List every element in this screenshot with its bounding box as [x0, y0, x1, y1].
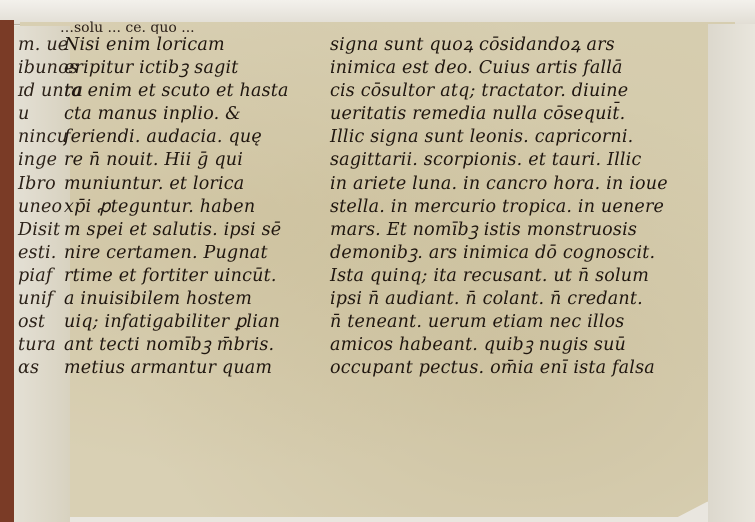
manuscript-line: esti.nire certamen. Pugnat: [18, 242, 289, 265]
manuscript-line: turaant tecti nomībꝫ m̄bris.: [18, 334, 289, 357]
binding-cover-edge: [0, 20, 14, 522]
line-text: re n̄ nouit. Hii ḡ qui: [64, 150, 243, 170]
line-fragment: inge: [18, 149, 64, 172]
manuscript-line: ibunoseripitur ictibꝫ sagit: [18, 57, 289, 80]
line-text: m spei et salutis. ipsi sē: [64, 220, 281, 240]
right-text-column: signa sunt quoꝝ cōsidandoꝝ ars inimica e…: [330, 34, 668, 380]
manuscript-line: cis cōsultor atq; tractator. diuine: [330, 80, 668, 103]
manuscript-line: Ibromuniuntur. et lorica: [18, 173, 289, 196]
manuscript-line: nincuferiendi. audacia. quę: [18, 126, 289, 149]
manuscript-line: ostuiq; infatigabiliter ꝑlian: [18, 311, 289, 334]
manuscript-line: Ista quinq; ita recusant. ut n̄ solum: [330, 265, 668, 288]
manuscript-line: m. ueNisi enim loricam: [18, 34, 289, 57]
line-fragment: Ibro: [18, 173, 64, 196]
line-text: feriendi. audacia. quę: [64, 127, 262, 147]
line-fragment: ibunos: [18, 57, 64, 80]
manuscript-line: ɑsmetius armantur quam: [18, 357, 289, 380]
manuscript-line: amicos habeant. quibꝫ nugis suū: [330, 334, 668, 357]
manuscript-line: in ariete luna. in cancro hora. in ioue: [330, 173, 668, 196]
line-text: uiq; infatigabiliter ꝑlian: [64, 312, 280, 332]
manuscript-line: Illic signa sunt leonis. capricorni.: [330, 126, 668, 149]
manuscript-line: ɪd unrata enim et scuto et hasta: [18, 80, 289, 103]
line-text: a inuisibilem hostem: [64, 289, 252, 309]
line-text: muniuntur. et lorica: [64, 174, 244, 194]
manuscript-line: uneoxp̄i ꝓteguntur. haben: [18, 196, 289, 219]
manuscript-line: signa sunt quoꝝ cōsidandoꝝ ars: [330, 34, 668, 57]
manuscript-line: mars. Et nomībꝫ istis monstruosis: [330, 219, 668, 242]
line-text: rtime et fortiter uincūt.: [64, 266, 277, 286]
line-fragment: esti.: [18, 242, 64, 265]
manuscript-line: demonibꝫ. ars inimica dō cognoscit.: [330, 242, 668, 265]
line-fragment: uneo: [18, 196, 64, 219]
line-text: cta manus inplio. &: [64, 104, 241, 124]
line-fragment: tura: [18, 334, 64, 357]
left-text-column: m. ueNisi enim loricam ibunoseripitur ic…: [18, 34, 289, 380]
manuscript-line: ipsi n̄ audiant. n̄ colant. n̄ credant.: [330, 288, 668, 311]
line-fragment: m. ue: [18, 34, 64, 57]
manuscript-line: piafrtime et fortiter uincūt.: [18, 265, 289, 288]
paper-flap-right: [708, 24, 755, 522]
line-fragment: Disit: [18, 219, 64, 242]
manuscript-line: ucta manus inplio. &: [18, 103, 289, 126]
line-text: xp̄i ꝓteguntur. haben: [64, 197, 255, 217]
manuscript-line: ingere n̄ nouit. Hii ḡ qui: [18, 149, 289, 172]
manuscript-line: inimica est deo. Cuius artis fallā: [330, 57, 668, 80]
manuscript-line: ueritatis remedia nulla cōsequit̄.: [330, 103, 668, 126]
line-fragment: ost: [18, 311, 64, 334]
line-fragment: nincu: [18, 126, 64, 149]
trimmed-top-line: …solu ... ce. quo ...: [60, 20, 250, 34]
line-text: nire certamen. Pugnat: [64, 243, 268, 263]
manuscript-line: unifa inuisibilem hostem: [18, 288, 289, 311]
line-text: metius armantur quam: [64, 358, 272, 378]
line-text: ta enim et scuto et hasta: [64, 81, 289, 101]
line-fragment: piaf: [18, 265, 64, 288]
manuscript-line: sagittarii. scorpionis. et tauri. Illic: [330, 149, 668, 172]
line-fragment: ɑs: [18, 357, 64, 380]
line-text: Nisi enim loricam: [64, 35, 225, 55]
line-fragment: unif: [18, 288, 64, 311]
manuscript-line: n̄ teneant. uerum etiam nec illos: [330, 311, 668, 334]
manuscript-line: stella. in mercurio tropica. in uenere: [330, 196, 668, 219]
line-fragment: ɪd unra: [18, 80, 64, 103]
manuscript-line: occupant pectus. om̄ia enī ista falsa: [330, 357, 668, 380]
manuscript-line: Disitm spei et salutis. ipsi sē: [18, 219, 289, 242]
line-text: ant tecti nomībꝫ m̄bris.: [64, 335, 274, 355]
line-text: eripitur ictibꝫ sagit: [64, 58, 239, 78]
line-fragment: u: [18, 103, 64, 126]
